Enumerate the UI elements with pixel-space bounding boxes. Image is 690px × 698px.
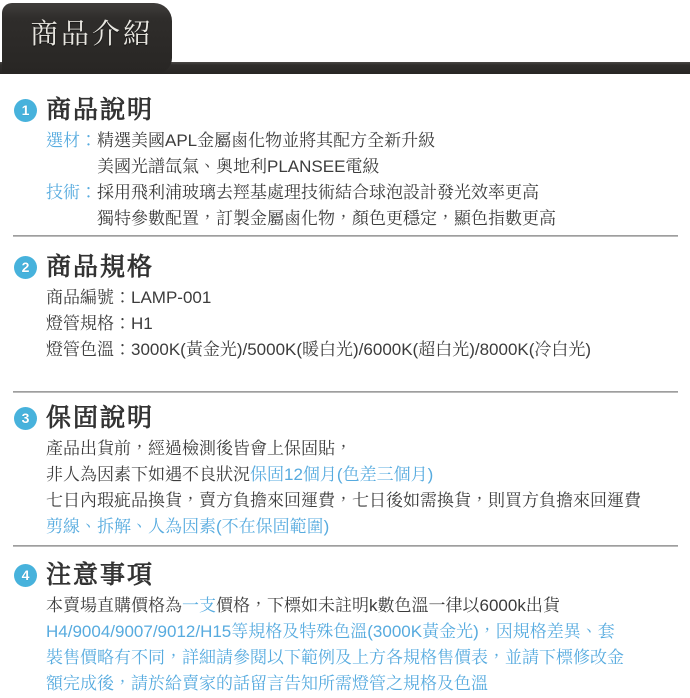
section-divider — [13, 235, 678, 237]
section-title: 保固說明 — [46, 402, 154, 434]
section-body: 商品編號：LAMP-001 燈管規格：H1 燈管色溫：3000K(黃金光)/50… — [46, 285, 684, 363]
section-divider — [13, 391, 678, 393]
section-title: 商品說明 — [46, 94, 154, 126]
row-label: 選材： — [46, 128, 97, 154]
section-warranty: 3 保固說明 產品出貨前，經過檢測後皆會上保固貼， 非人為因素下如遇不良狀況保固… — [0, 402, 690, 540]
section-heading: 4 注意事項 — [14, 559, 690, 591]
warranty-text: 非人為因素下如遇不良狀況 — [46, 465, 250, 484]
notice-paragraph: H4/9004/9007/9012/H15等規格及特殊色溫(3000K黃金光)，… — [46, 619, 684, 697]
spec-label: 燈管規格： — [46, 314, 131, 333]
spec-value: LAMP-001 — [131, 288, 211, 307]
warranty-text: 七日內瑕疵品換貨，賣方負擔來回運費，七日後如需換貨，則買方負擔來回運費 — [46, 491, 641, 510]
tab-label: 商品介紹 — [30, 17, 154, 51]
section-body: 選材： 精選美國APL金屬鹵化物並將其配方全新升級 美國光譜氙氣、奧地利PLAN… — [46, 128, 684, 232]
spec-value: 3000K(黃金光)/5000K(暖白光)/6000K(超白光)/8000K(冷… — [131, 340, 591, 359]
section-body: 本賣場直購價格為一支價格，下標如未註明k數色溫一律以6000k出貨 H4/900… — [46, 593, 684, 697]
warranty-exclusion: 剪線、拆解、人為因素(不在保固範圍) — [46, 517, 329, 536]
section-number-badge: 4 — [14, 564, 37, 587]
warranty-highlight: 保固12個月(色差三個月) — [250, 465, 433, 484]
section-divider — [13, 545, 678, 547]
notice-line: 本賣場直購價格為一支價格，下標如未註明k數色溫一律以6000k出貨 — [46, 593, 684, 619]
notice-text: 價格，下標如未註明k數色溫一律以6000k出貨 — [216, 596, 560, 615]
product-intro-page: 商品介紹 1 商品說明 選材： 精選美國APL金屬鹵化物並將其配方全新升級 美國… — [0, 0, 690, 697]
product-intro-tab[interactable]: 商品介紹 — [2, 3, 172, 74]
section-number-badge: 3 — [14, 407, 37, 430]
section-number-badge: 2 — [14, 256, 37, 279]
section-product-description: 1 商品說明 選材： 精選美國APL金屬鹵化物並將其配方全新升級 美國光譜氙氣、… — [0, 94, 690, 232]
section-body: 產品出貨前，經過檢測後皆會上保固貼， 非人為因素下如遇不良狀況保固12個月(色差… — [46, 436, 684, 540]
desc-row-technology: 技術： 採用飛利浦玻璃去羥基處理技術結合球泡設計發光效率更高 獨特參數配置，訂製… — [46, 180, 684, 232]
row-text: 精選美國APL金屬鹵化物並將其配方全新升級 美國光譜氙氣、奧地利PLANSEE電… — [97, 128, 435, 180]
header: 商品介紹 — [0, 0, 690, 74]
section-heading: 1 商品說明 — [14, 94, 690, 126]
notice-text: 本賣場直購價格為 — [46, 596, 182, 615]
desc-row-material: 選材： 精選美國APL金屬鹵化物並將其配方全新升級 美國光譜氙氣、奧地利PLAN… — [46, 128, 684, 180]
spec-value: H1 — [131, 314, 153, 333]
warranty-line: 剪線、拆解、人為因素(不在保固範圍) — [46, 514, 684, 540]
spec-row-bulb-type: 燈管規格：H1 — [46, 311, 684, 337]
warranty-line: 產品出貨前，經過檢測後皆會上保固貼， — [46, 436, 684, 462]
section-title: 注意事項 — [46, 559, 154, 591]
section-product-specs: 2 商品規格 商品編號：LAMP-001 燈管規格：H1 燈管色溫：3000K(… — [0, 251, 690, 363]
section-heading: 3 保固說明 — [14, 402, 690, 434]
warranty-line: 非人為因素下如遇不良狀況保固12個月(色差三個月) — [46, 462, 684, 488]
spec-label: 商品編號： — [46, 288, 131, 307]
spec-label: 燈管色溫： — [46, 340, 131, 359]
spec-row-color-temp: 燈管色溫：3000K(黃金光)/5000K(暖白光)/6000K(超白光)/80… — [46, 337, 684, 363]
row-label: 技術： — [46, 180, 97, 206]
spec-row-item-number: 商品編號：LAMP-001 — [46, 285, 684, 311]
section-notice: 4 注意事項 本賣場直購價格為一支價格，下標如未註明k數色溫一律以6000k出貨… — [0, 559, 690, 697]
section-heading: 2 商品規格 — [14, 251, 690, 283]
section-number-badge: 1 — [14, 99, 37, 122]
section-title: 商品規格 — [46, 251, 154, 283]
notice-highlight: 一支 — [182, 596, 216, 615]
warranty-text: 產品出貨前，經過檢測後皆會上保固貼， — [46, 439, 352, 458]
row-text: 採用飛利浦玻璃去羥基處理技術結合球泡設計發光效率更高 獨特參數配置，訂製金屬鹵化… — [97, 180, 556, 232]
warranty-line: 七日內瑕疵品換貨，賣方負擔來回運費，七日後如需換貨，則買方負擔來回運費 — [46, 488, 684, 514]
